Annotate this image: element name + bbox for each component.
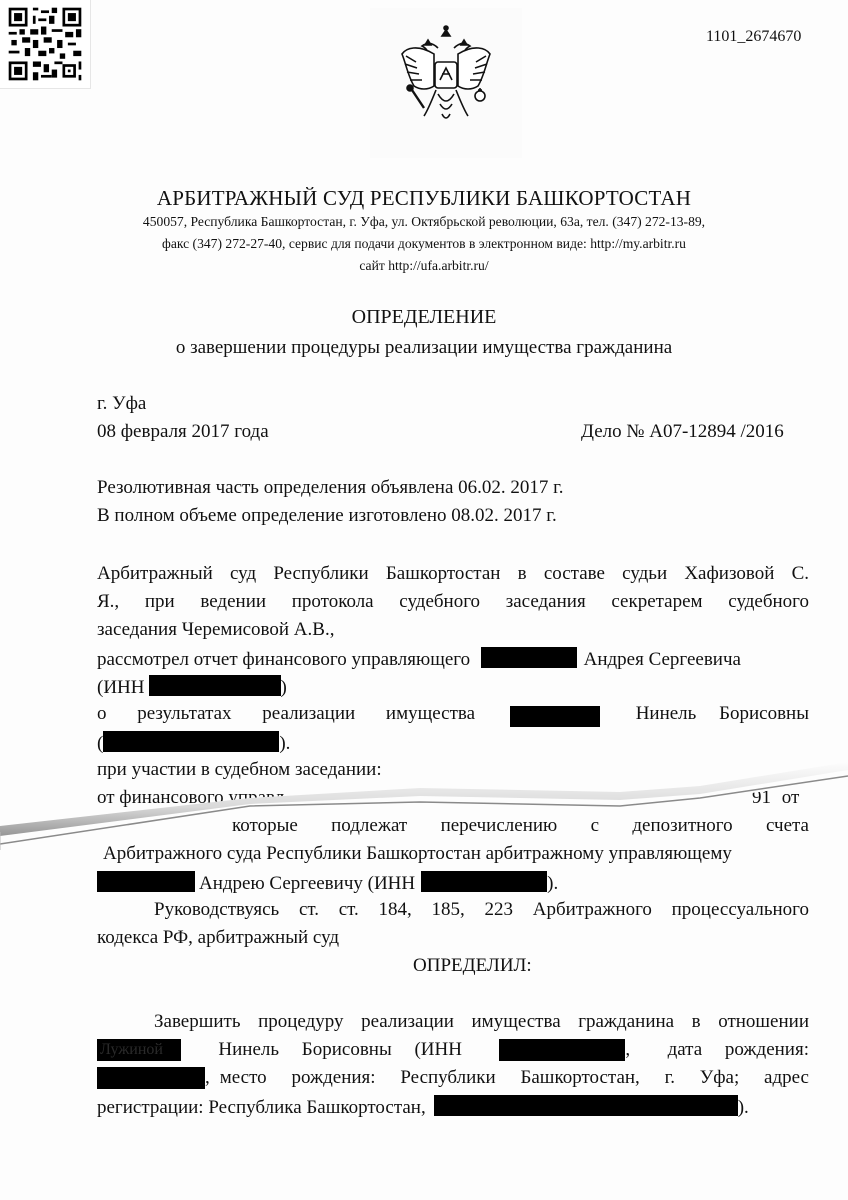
paragraph-8-line-4: регистрации: Республика Башкортостан,). <box>97 1095 749 1119</box>
paragraph-6-line-2: Арбитражного суда Республики Башкортоста… <box>103 843 732 865</box>
paragraph-7-line-2: кодекса РФ, арбитражный суд <box>97 927 339 949</box>
paragraph-3-line-2: (). <box>97 731 290 755</box>
document-subtitle: о завершении процедуры реализации имущес… <box>0 337 848 359</box>
paragraph-6-line-3: Андрею Сергеевичу (ИНН). <box>97 871 558 895</box>
paragraph-2-line-1: рассмотрел отчет финансового управляющег… <box>97 647 741 671</box>
city: г. Уфа <box>97 393 146 415</box>
document-id: 1101_2674670 <box>706 28 801 46</box>
comma: , <box>625 1039 630 1061</box>
redaction-box <box>149 675 281 696</box>
court-website: сайт http://ufa.arbitr.ru/ <box>0 258 848 274</box>
closing-paren: ) <box>281 677 287 698</box>
comma: , <box>205 1067 210 1089</box>
paragraph-8-line-3: , место рождения: Республики Башкортоста… <box>97 1067 809 1089</box>
registration-label: регистрации: Республика Башкортостан, <box>97 1097 426 1118</box>
paragraph-1-line-1: Арбитражный суд Республики Башкортостан … <box>97 563 809 585</box>
manager-name: Андрея Сергеевича <box>584 649 741 670</box>
court-address-line-2: факс (347) 272-27-40, сервис для подачи … <box>0 236 848 252</box>
redaction-box <box>97 871 195 892</box>
redaction-box <box>421 871 547 892</box>
results-text: о результатах реализации имущества <box>97 703 475 727</box>
paragraph-6-line-1: которые подлежат перечислению с депозитн… <box>232 815 809 837</box>
torn-fragment-right: 91 от <box>752 787 799 809</box>
closing-paren: ). <box>547 873 558 894</box>
emblem-area <box>370 8 522 158</box>
case-number: Дело № А07-12894 /2016 <box>581 421 784 443</box>
birthplace-text: место рождения: Республики Башкортостан,… <box>220 1067 809 1089</box>
paragraph-8-line-2: Лужиной Нинель Борисовны (ИНН , дата рож… <box>97 1039 809 1061</box>
full-text-made: В полном объеме определение изготовлено … <box>97 505 557 527</box>
birth-date-label: дата рождения: <box>668 1039 809 1061</box>
decided-heading: ОПРЕДЕЛИЛ: <box>413 955 532 977</box>
debtor-name: Нинель Борисовны <box>636 703 809 727</box>
double-headed-eagle-icon <box>398 24 494 128</box>
paragraph-1-line-3: заседания Черемисовой А.В., <box>97 619 334 641</box>
closing-paren: ). <box>738 1097 749 1118</box>
document-date: 08 февраля 2017 года <box>97 421 269 443</box>
redaction-box <box>103 731 279 752</box>
redaction-box <box>434 1095 738 1116</box>
paragraph-7-line-1: Руководствуясь ст. ст. 184, 185, 223 Арб… <box>154 899 809 921</box>
inn-label: (ИНН <box>97 677 145 698</box>
paragraph-8-line-1: Завершить процедуру реализации имущества… <box>154 1011 809 1033</box>
manager-report-text: рассмотрел отчет финансового управляющег… <box>97 649 470 670</box>
redaction-box <box>97 1067 205 1089</box>
resolution-announced: Резолютивная часть определения объявлена… <box>97 477 564 499</box>
closing-paren: ). <box>279 733 290 754</box>
redaction-box <box>499 1039 625 1061</box>
redaction-box <box>481 647 577 668</box>
redaction-box <box>510 706 600 727</box>
qr-code <box>0 0 91 89</box>
court-name: АРБИТРАЖНЫЙ СУД РЕСПУБЛИКИ БАШКОРТОСТАН <box>0 186 848 211</box>
participation-text: при участии в судебном заседании: <box>97 759 382 781</box>
paragraph-2-line-2: (ИНН) <box>97 675 287 699</box>
court-address-line-1: 450057, Республика Башкортостан, г. Уфа,… <box>0 214 848 230</box>
paragraph-3-line-1: о результатах реализации имущества Нинел… <box>97 703 809 727</box>
document-title: ОПРЕДЕЛЕНИЕ <box>0 306 848 329</box>
redaction-box-surname: Лужиной <box>97 1039 181 1061</box>
manager-name-dative: Андрею Сергеевичу (ИНН <box>199 873 415 894</box>
torn-fragment-left: от финансового управл <box>97 787 284 809</box>
qr-code-icon <box>5 5 85 83</box>
debtor-name-inn: Нинель Борисовны (ИНН <box>218 1039 462 1061</box>
paragraph-1-line-2: Я., при ведении протокола судебного засе… <box>97 591 809 613</box>
